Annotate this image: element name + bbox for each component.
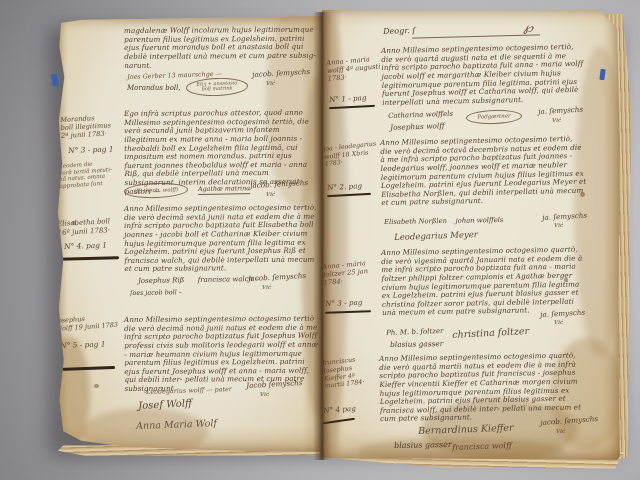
- priest-title: Vić: [552, 118, 561, 124]
- godmother-signature: Agathæ matrina: [198, 185, 250, 194]
- entry-number: N° 5 - pag 1: [60, 339, 106, 350]
- archival-photo: magdalenæ Wolff incolarum hujus legitimo…: [0, 0, 640, 480]
- witness-signature: Elisabeth Norßlen johan wolffels: [384, 216, 503, 226]
- priest-signature: jacob. ſemyschs: [248, 271, 306, 283]
- priest-title: Vić: [266, 192, 275, 198]
- entry-body: Anno Millesimo septingentesimo octogesim…: [380, 135, 587, 208]
- witness-signature: Leodegarius wolff — pater: [146, 385, 232, 396]
- godparents-oval-note: Eliʒ + anastasia boll matrink: [186, 77, 249, 97]
- entry-number: N° 3 - pag 1: [68, 144, 114, 155]
- spine-gutter: [313, 12, 331, 460]
- entry-body: Anno Millesimo septingentesimo octogesim…: [379, 351, 590, 424]
- priest-signature: ja. ſemyschs: [540, 308, 585, 319]
- left-page: magdalenæ Wolff incolarum hujus legitimo…: [54, 16, 326, 452]
- entry-number: N° 2. pag: [327, 181, 362, 192]
- margin-rule: [325, 310, 371, 314]
- entry-body: Anno Millesimo septingentesimo octogesim…: [381, 43, 586, 108]
- entry-body: Anno Millesimo septingentesimo octogesim…: [124, 204, 322, 275]
- priest-title: Vić: [266, 81, 275, 87]
- right-page: Deogr. ſ ℘ Anna - maria wolff 4ª augusti…: [322, 10, 620, 460]
- margin-note: Elisabetha boll 16ª junii 1783·: [57, 217, 111, 237]
- witness-signature: ſoes jacob boll –: [130, 288, 182, 297]
- entry-body: Anno Millesimo septingentesimo octogesim…: [381, 245, 590, 318]
- page-header: Deogr. ſ: [383, 26, 415, 36]
- witness-signature: Ph. M. b. foltzer: [386, 327, 444, 337]
- witness-signature: Josephus Riß francisca walch –: [138, 275, 259, 285]
- witness-oval-signature: Podgærtner: [466, 109, 522, 125]
- witness-signature: blasius gasser: [390, 339, 443, 349]
- priest-title: Vić: [556, 429, 565, 435]
- fox-speck: [94, 384, 99, 388]
- margin-side-note: † eodem die horâ tertiâ matuti- nâ natus…: [58, 160, 113, 191]
- witness-signature: Josephus wolff: [390, 121, 445, 132]
- margin-note: Anna - maria wolff 4ª augusti 1783·: [326, 54, 381, 83]
- godmother-signature: christina foltzer: [452, 326, 529, 341]
- priest-signature: ja. ſemyschs: [538, 105, 583, 116]
- margin-note: Morandus boll illegitimus 2ª junii 1783·: [60, 113, 112, 140]
- margin-note: joa - leodegarius wolff 18 Xbris 1783·: [323, 140, 378, 168]
- margin-note: Josephus Wolff 19 junii 1783: [55, 314, 118, 334]
- entry-continuation-body: magdalenæ Wolff incolarum hujus legitimo…: [124, 26, 318, 71]
- priest-title: Vić: [262, 285, 271, 291]
- priest-title: Vić: [260, 392, 269, 398]
- witness-signature: Morandus boll,: [127, 84, 181, 92]
- priest-title: Vić: [554, 223, 563, 229]
- header-rule: [412, 34, 540, 39]
- priest-title: Vić: [554, 320, 563, 326]
- witness-signature: blasius gasser: [394, 440, 452, 450]
- father-signature: Josef Wolff: [138, 398, 192, 412]
- witness-signature: Catharina wolffels: [388, 110, 453, 120]
- entry-number: N° 1 - pag: [329, 93, 367, 104]
- godfather-signature: Leodegarius Meyer: [394, 230, 478, 243]
- entry-number: N° 4. pag 1: [64, 241, 107, 251]
- margin-rule: [57, 256, 119, 260]
